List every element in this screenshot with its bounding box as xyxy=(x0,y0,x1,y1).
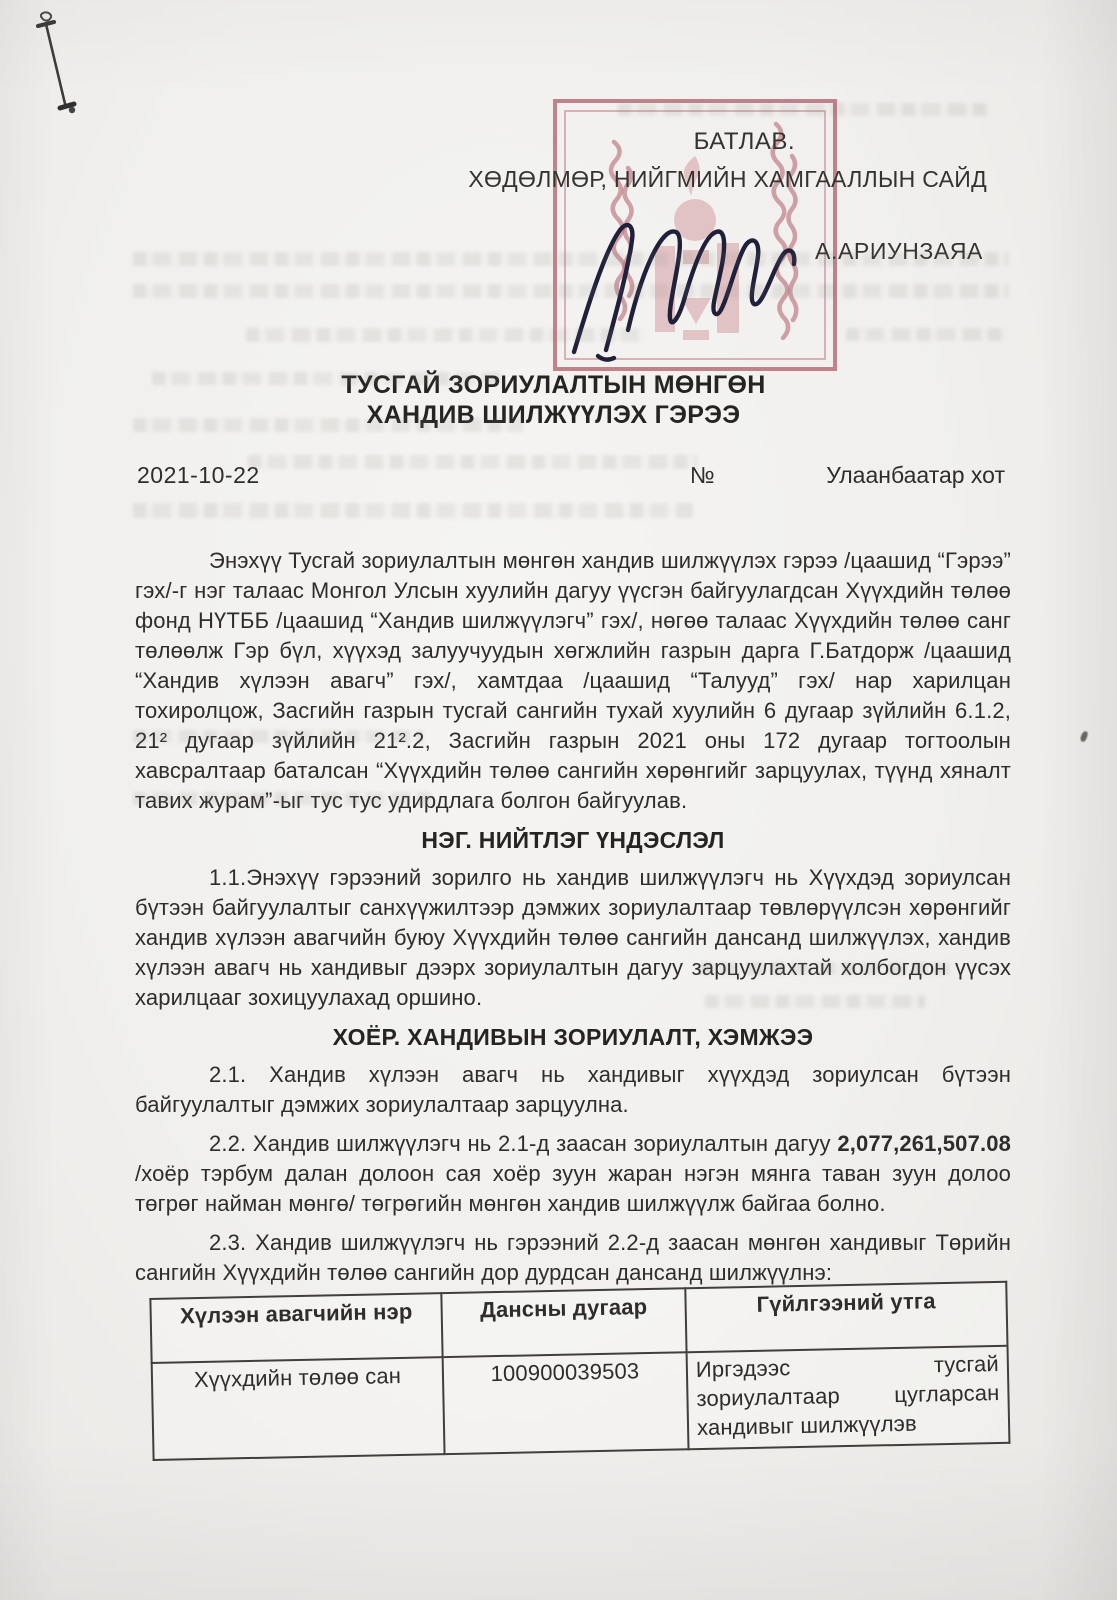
section-two-heading: ХОЁР. ХАНДИВЫН ЗОРИУЛАЛТ, ХЭМЖЭЭ xyxy=(135,1022,1011,1052)
ink-speck xyxy=(1079,730,1088,742)
bleed-through-smudge xyxy=(846,328,1006,341)
minister-title: ХӨДӨЛМӨР, НИЙГМИЙН ХАМГААЛЛЫН САЙД xyxy=(468,166,987,193)
clause-2-3: 2.3. Хандив шилжүүлэгч нь гэрээний 2.2-д… xyxy=(135,1228,1011,1288)
table-header-account-number: Дансны дугаар xyxy=(441,1288,686,1357)
cell-recipient-name: Хүүхдийн төлөө сан xyxy=(152,1357,445,1460)
clause-2-1: 2.1. Хандив хүлээн авагч нь хандивыг хүү… xyxy=(135,1060,1011,1120)
table-row: Хүүхдийн төлөө сан 100900039503 Иргэдээс… xyxy=(152,1346,1010,1460)
bleed-through-smudge xyxy=(133,284,1009,298)
cell-transaction-description: Иргэдээс тусгай зориулалтаар цугларсан х… xyxy=(687,1346,1010,1449)
clause-2-2-text-tail: /хоёр тэрбум далан долоон сая хоёр зуун … xyxy=(135,1161,1011,1216)
table-header-transaction-description: Гүйлгээний утга xyxy=(685,1282,1007,1352)
scanned-contract-page: БАТЛАВ. ХӨДӨЛМӨР, НИЙГМИЙН ХАМГААЛЛЫН СА… xyxy=(0,0,1117,1600)
bleed-through-smudge xyxy=(133,503,693,518)
table-header-recipient-name: Хүлээн авагчийн нэр xyxy=(150,1293,442,1363)
bleed-through-smudge xyxy=(700,962,950,975)
city-label: Улаанбаатар хот xyxy=(826,462,1005,489)
bleed-through-smudge xyxy=(133,252,1009,266)
cell-account-number: 100900039503 xyxy=(443,1352,689,1454)
bleed-through-smudge xyxy=(246,328,646,342)
bleed-through-smudge xyxy=(618,103,990,116)
intro-paragraph: Энэхүү Тусгай зориулалтын мөнгөн хандив … xyxy=(135,546,1011,816)
bleed-through-smudge xyxy=(133,730,423,743)
clause-1-1: 1.1.Энэхүү гэрээний зорилго нь хандив ши… xyxy=(135,863,1011,1013)
clause-2-2-text: 2.2. Хандив шилжүүлэгч нь 2.1-д заасан з… xyxy=(209,1131,837,1156)
staple-mark xyxy=(28,8,84,128)
bank-account-table: Хүлээн авагчийн нэр Дансны дугаар Гүйлгэ… xyxy=(149,1281,1010,1461)
contract-date: 2021-10-22 xyxy=(137,462,260,489)
approval-label: БАТЛАВ. xyxy=(694,128,795,156)
bleed-through-smudge xyxy=(152,372,502,385)
donation-amount: 2,077,261,507.08 xyxy=(837,1131,1011,1156)
section-one-heading: НЭГ. НИЙТЛЭГ ҮНДЭСЛЭЛ xyxy=(135,825,1011,855)
bleed-through-smudge xyxy=(133,418,523,432)
clause-2-2: 2.2. Хандив шилжүүлэгч нь 2.1-д заасан з… xyxy=(135,1129,1011,1219)
bleed-through-smudge xyxy=(248,455,698,469)
bleed-through-smudge xyxy=(705,995,925,1008)
bleed-through-smudge xyxy=(133,792,433,805)
